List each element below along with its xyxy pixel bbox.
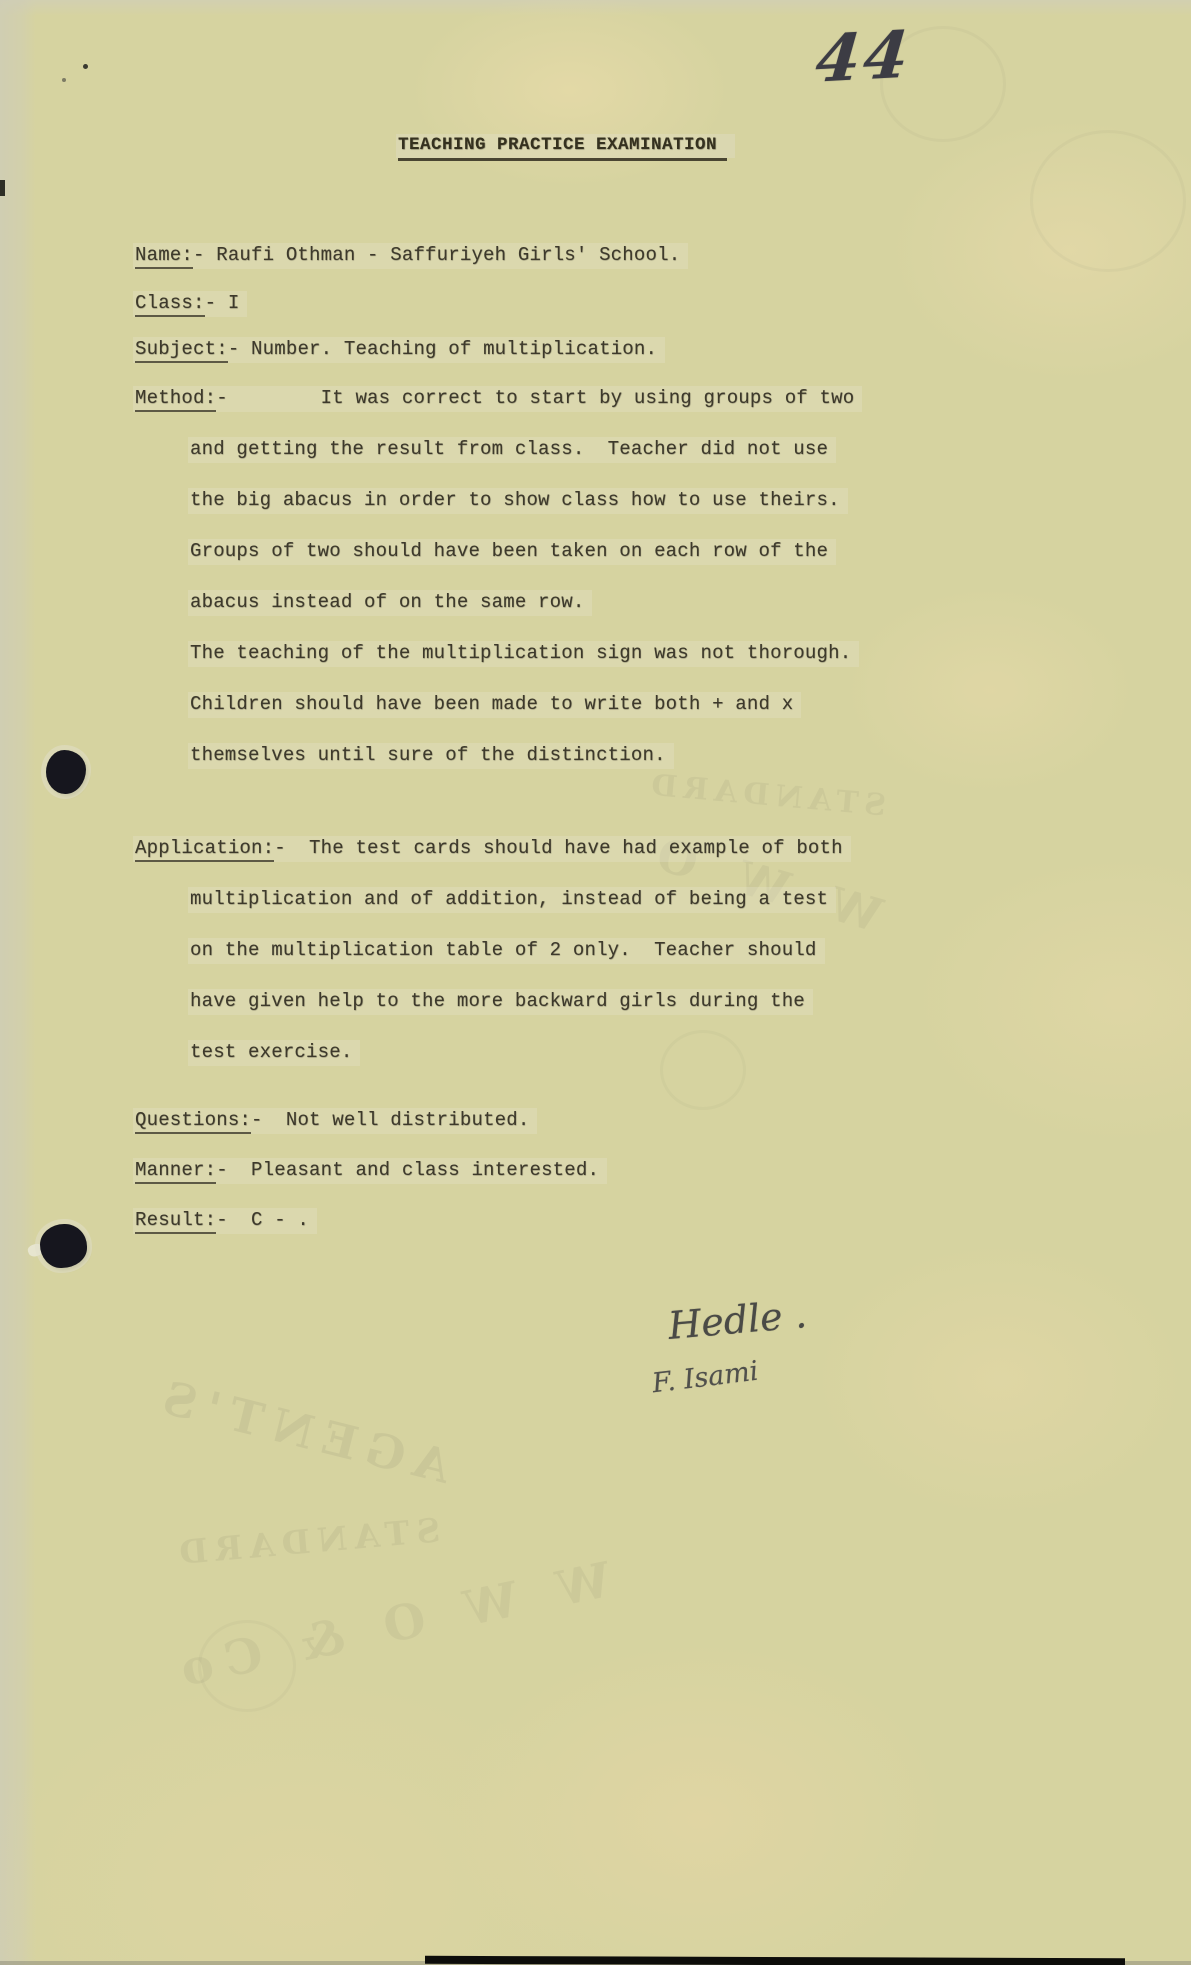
method-line: and getting the result from class. Teach… (133, 437, 862, 488)
result-label: Result: (135, 1209, 216, 1234)
field-result: Result:- C - . (133, 1208, 317, 1234)
section-method: Method:- It was correct to start by usin… (133, 386, 862, 794)
left-edge-notch (0, 180, 5, 196)
field-class: Class:- I (133, 291, 247, 317)
watermark-standard-left: STANDARD (171, 1510, 442, 1572)
section-application: Application:- The test cards should have… (133, 836, 851, 1091)
field-name-value: - Raufi Othman - Saffuriyeh Girls' Schoo… (193, 244, 680, 266)
watermark-agents: AGENT'S (148, 1368, 456, 1494)
field-class-label: Class: (135, 292, 205, 317)
application-line: test exercise. (133, 1040, 851, 1091)
method-line: the big abacus in order to show class ho… (133, 488, 862, 539)
field-name: Name:- Raufi Othman - Saffuriyeh Girls' … (133, 243, 688, 269)
application-line: multiplication and of addition, instead … (133, 887, 851, 938)
ink-speck (83, 64, 88, 69)
method-line: Groups of two should have been taken on … (133, 539, 862, 590)
manner-value: - Pleasant and class interested. (216, 1159, 599, 1181)
method-line: abacus instead of on the same row. (133, 590, 862, 641)
application-label: Application: (135, 837, 274, 862)
result-value: - C - . (216, 1209, 309, 1231)
method-line: The teaching of the multiplication sign … (133, 641, 862, 692)
application-line: have given help to the more backward gir… (133, 989, 851, 1040)
field-subject-value: - Number. Teaching of multiplication. (228, 338, 657, 360)
questions-label: Questions: (135, 1109, 251, 1134)
method-line: Method:- It was correct to start by usin… (133, 386, 862, 437)
page-number-handwritten: 44 (813, 17, 915, 97)
field-subject-label: Subject: (135, 338, 228, 363)
punch-hole-top (46, 750, 86, 794)
punch-hole-bottom (40, 1224, 87, 1268)
application-line: Application:- The test cards should have… (133, 836, 851, 887)
field-class-value: - I (205, 292, 240, 314)
method-label: Method: (135, 387, 216, 412)
page-title-text: TEACHING PRACTICE EXAMINATION (398, 135, 727, 161)
scan-edge-bottom-black (425, 1956, 1125, 1965)
field-manner: Manner:- Pleasant and class interested. (133, 1158, 607, 1184)
field-subject: Subject:- Number. Teaching of multiplica… (133, 337, 665, 363)
watermark-circle-top-right-2 (1030, 130, 1186, 272)
method-line: Children should have been made to write … (133, 692, 862, 743)
signature-secondary: F. Isami (651, 1356, 761, 1400)
method-line: themselves until sure of the distinction… (133, 743, 862, 794)
field-questions: Questions:- Not well distributed. (133, 1108, 537, 1134)
questions-value: - Not well distributed. (251, 1109, 529, 1131)
application-line: on the multiplication table of 2 only. T… (133, 938, 851, 989)
manner-label: Manner: (135, 1159, 216, 1184)
page-title: TEACHING PRACTICE EXAMINATION (396, 134, 735, 158)
ink-speck (62, 78, 66, 82)
signature-primary: Hedle . (666, 1292, 808, 1348)
field-name-label: Name: (135, 244, 193, 269)
watermark-circle-bottom-left (198, 1620, 296, 1712)
